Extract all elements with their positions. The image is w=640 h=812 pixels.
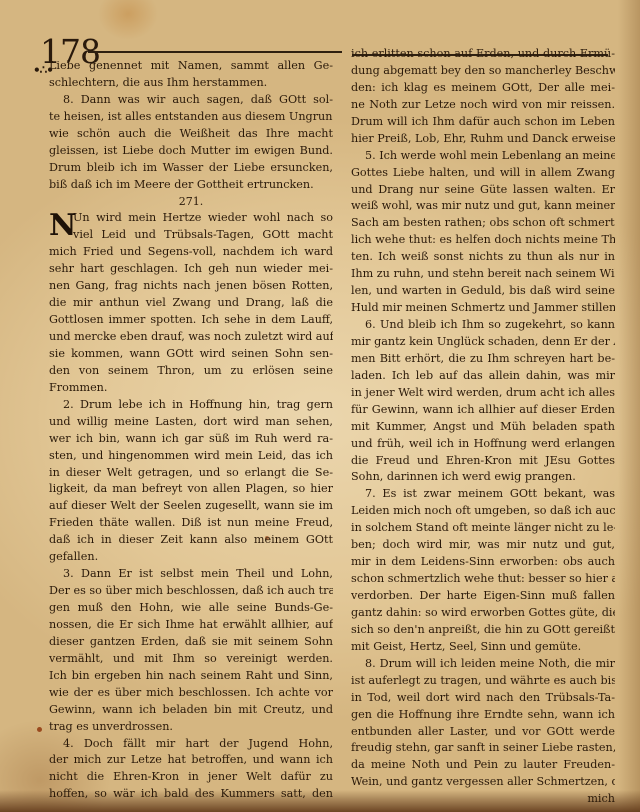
text-line: sich so den'n anpreißt, die hin zu GOtt … xyxy=(351,622,615,639)
text-line: hoffen, so wär ich bald des Kummers satt… xyxy=(49,786,333,803)
text-line: Liebe genennet mit Namen, sammt allen Ge… xyxy=(49,58,333,75)
text-line: wer ich bin, wann ich gar süß im Ruh wer… xyxy=(49,431,333,448)
text-line: sie kommen, wann GOtt wird seinen Sohn s… xyxy=(49,346,333,363)
text-line: biß daß ich im Meere der Gottheit ertrun… xyxy=(49,177,333,194)
text-line: und Drang nur seine Güte lassen walten. … xyxy=(351,182,615,199)
text-line: Un wird mein Hertze wieder wohl nach so xyxy=(49,210,333,227)
text-line: Frommen. xyxy=(49,380,333,397)
text-line: den: ich klag es meinem GOtt, Der alle m… xyxy=(351,80,615,97)
left-column: Liebe genennet mit Namen, sammt allen Ge… xyxy=(49,58,333,803)
text-line: wie schön auch die Weißheit das Ihre mac… xyxy=(49,126,333,143)
text-line: gefallen. xyxy=(49,549,333,566)
text-line: und früh, weil ich in Hoffnung werd erla… xyxy=(351,436,615,453)
text-line: gleissen, ist Liebe doch Mutter im ewige… xyxy=(49,143,333,160)
text-line: in dieser Welt getragen, und so erlangt … xyxy=(49,465,333,482)
text-line: verdorben. Der harte Eigen-Sinn muß fall… xyxy=(351,588,615,605)
text-line: lich wehe thut: es helfen doch nichts me… xyxy=(351,232,615,249)
stanza-4-start: 4. Doch fällt mir hart der Jugend Hohn, xyxy=(49,736,333,753)
text-line: trag es unverdrossen. xyxy=(49,719,333,736)
text-line: Gottlosen immer spotten. Ich sehe in dem… xyxy=(49,312,333,329)
text-line: dieser gantzen Erden, daß sie mit seinem… xyxy=(49,634,333,651)
stanza-8-start: 8. Dann was wir auch sagen, daß GOtt sol… xyxy=(49,92,333,109)
stanza-2-start: 2. Drum lebe ich in Hoffnung hin, trag g… xyxy=(49,397,333,414)
text-line: sten, und hingenommen wird mein Leid, da… xyxy=(49,448,333,465)
text-line: für Gewinn, wann ich allhier auf dieser … xyxy=(351,402,615,419)
text-line: ne Noth zur Letze noch wird von mir reis… xyxy=(351,97,615,114)
scanned-page: 178 •∴• Liebe genennet mit Namen, sammt … xyxy=(0,0,640,812)
stanza-8-start: 8. Drum will ich leiden meine Noth, die … xyxy=(351,656,615,673)
hymn-number: 271. xyxy=(49,194,333,211)
text-line: und willig meine Lasten, dort wird man s… xyxy=(49,414,333,431)
text-line: ich erlitten schon auf Erden, und durch … xyxy=(351,46,615,63)
text-line: Sohn, darinnen ich werd ewig prangen. xyxy=(351,469,615,486)
stanza-6-start: 6. Und bleib ich Ihm so zugekehrt, so ka… xyxy=(351,317,615,334)
text-line: vermählt, und mit Ihm so vereinigt werde… xyxy=(49,651,333,668)
text-line: auf dieser Welt der Seelen zugesellt, wa… xyxy=(49,498,333,515)
text-line: te heisen, ist alles entstanden aus dies… xyxy=(49,109,333,126)
text-line: mit Geist, Hertz, Seel, Sinn und gemüte. xyxy=(351,639,615,656)
text-line: in solchem Stand oft meinte länger nicht… xyxy=(351,520,615,537)
text-line: schlechtern, die aus Ihm herstammen. xyxy=(49,75,333,92)
text-line: wie der es über mich beschlossen. Ich ac… xyxy=(49,685,333,702)
text-line: gen die Hoffnung ihre Erndte sehn, wann … xyxy=(351,707,615,724)
text-line: mich Fried und Segens-voll, nachdem ich … xyxy=(49,244,333,261)
text-line: schon schmertzlich wehe thut: besser so … xyxy=(351,571,615,588)
text-line: die mir anthun viel Zwang und Drang, laß… xyxy=(49,295,333,312)
text-line: ligkeit, da man befreyt von allen Plagen… xyxy=(49,481,333,498)
page-edge-shadow xyxy=(618,0,640,812)
text-line: Huld mir meinen Schmertz und Jammer stil… xyxy=(351,300,615,317)
text-line: nicht die Ehren-Kron in jener Welt dafür… xyxy=(49,769,333,786)
text-line: viel Leid und Trübsals-Tagen, GOtt macht xyxy=(49,227,333,244)
text-line: dung abgematt bey den so mancherley Besc… xyxy=(351,63,615,80)
text-line: ben; doch wird mir, was mir nutz und gut… xyxy=(351,537,615,554)
stanza-3-start: 3. Dann Er ist selbst mein Theil und Loh… xyxy=(49,566,333,583)
text-line: Gewinn, wann ich beladen bin mit Creutz,… xyxy=(49,702,333,719)
text-line: sehr hart geschlagen. Ich geh nun wieder… xyxy=(49,261,333,278)
text-line: mir in dem Leidens-Sinn erworben: obs au… xyxy=(351,554,615,571)
text-line: Drum bleib ich im Wasser der Liebe ersun… xyxy=(49,160,333,177)
text-line: Wein, und gantz vergessen aller Schmertz… xyxy=(351,774,615,791)
text-line: da meine Noth und Pein zu lauter Freuden… xyxy=(351,757,615,774)
text-line: Sach am besten rathen; obs schon oft sch… xyxy=(351,215,615,232)
text-line: hier Preiß, Lob, Ehr, Ruhm und Danck erw… xyxy=(351,131,615,148)
text-line: gantz dahin: so wird erworben Gottes güt… xyxy=(351,605,615,622)
right-column: ich erlitten schon auf Erden, und durch … xyxy=(351,46,615,808)
text-line: Ihm zu ruhn, und stehn bereit nach seine… xyxy=(351,266,615,283)
text-line: in Tod, weil dort wird nach den Trübsals… xyxy=(351,690,615,707)
text-line: und mercke eben drauf, was noch zuletzt … xyxy=(49,329,333,346)
header-rule-left xyxy=(88,51,342,53)
text-line: laden. Ich leb auf das allein dahin, was… xyxy=(351,368,615,385)
text-line: nen Gang, frag nichts nach jenen bösen R… xyxy=(49,278,333,295)
text-line: mit Kummer, Angst und Müh beladen spath xyxy=(351,419,615,436)
text-line: men Bitt erhört, die zu Ihm schreyen har… xyxy=(351,351,615,368)
text-line: die Freud und Ehren-Kron mit JEsu Gottes xyxy=(351,453,615,470)
text-line: entbunden aller Laster, und vor GOtt wer… xyxy=(351,724,615,741)
text-line: der mich zur Letze hat betroffen, und wa… xyxy=(49,752,333,769)
hymn-271-stanza-1: N Un wird mein Hertze wieder wohl nach s… xyxy=(49,210,333,396)
text-line: Drum will ich Ihm dafür auch schon im Le… xyxy=(351,114,615,131)
text-line: gen muß den Hohn, wie alle seine Bunds-G… xyxy=(49,600,333,617)
text-line: Ich bin ergeben hin nach seinem Raht und… xyxy=(49,668,333,685)
text-line: daß ich in dieser Zeit kann also meinem … xyxy=(49,532,333,549)
text-line: Gottes Liebe halten, und will in allem Z… xyxy=(351,165,615,182)
text-line: len, und warten in Geduld, bis daß wird … xyxy=(351,283,615,300)
text-line: freudig stehn, gar sanft in seiner Liebe… xyxy=(351,740,615,757)
text-line: den von seinem Thron, um zu erlösen sein… xyxy=(49,363,333,380)
text-line: ten. Ich weiß sonst nichts zu thun als n… xyxy=(351,249,615,266)
text-line: Frieden thäte wallen. Diß ist nun meine … xyxy=(49,515,333,532)
text-line: Leiden mich noch oft umgeben, so daß ich… xyxy=(351,503,615,520)
text-line: in jener Welt wird werden, drum acht ich… xyxy=(351,385,615,402)
text-line: mir gantz kein Unglück schaden, denn Er … xyxy=(351,334,615,351)
text-line: weiß wohl, was mir nutz und gut, kann me… xyxy=(351,198,615,215)
stanza-5-start: 5. Ich werde wohl mein Lebenlang an mein… xyxy=(351,148,615,165)
text-line: ist auferlegt zu tragen, und währte es a… xyxy=(351,673,615,690)
text-line: Der es so über mich beschlossen, daß ich… xyxy=(49,583,333,600)
catchword: mich xyxy=(351,791,615,808)
stanza-7-start: 7. Es ist zwar meinem GOtt bekant, was xyxy=(351,486,615,503)
drop-cap: N xyxy=(49,211,76,241)
ink-spot xyxy=(37,727,42,732)
text-line: nossen, die Er sich Ihme hat erwählt all… xyxy=(49,617,333,634)
